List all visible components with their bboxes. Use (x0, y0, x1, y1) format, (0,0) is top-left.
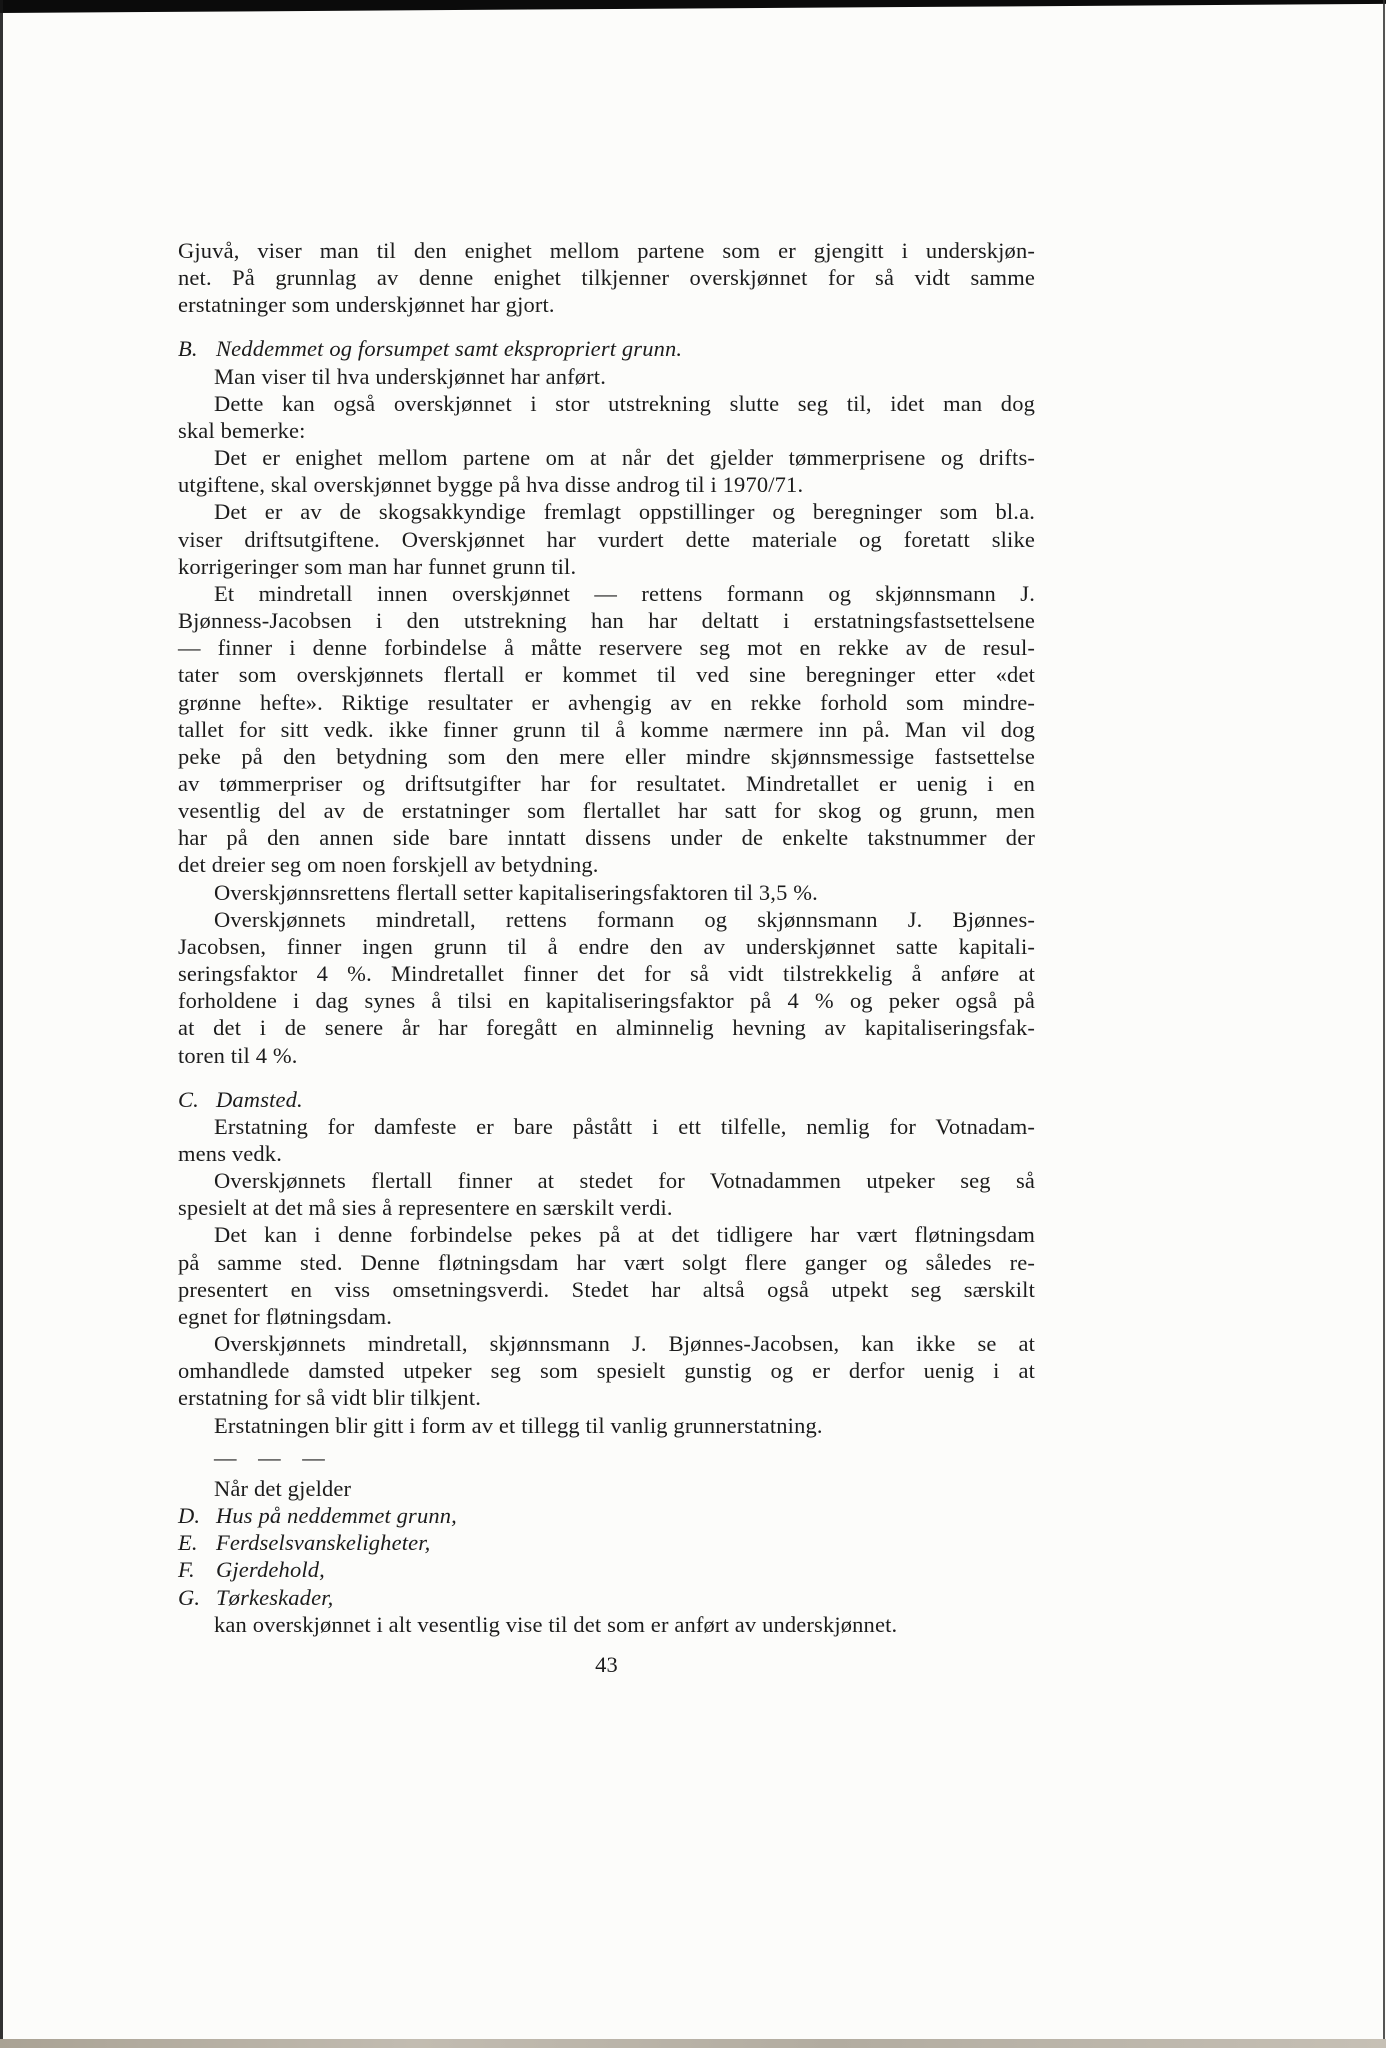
text-line: Overskjønnets mindretall, skjønnsmann J.… (178, 1330, 1035, 1357)
text-line: av tømmerpriser og driftsutgifter har fo… (178, 770, 1035, 797)
text-line: Erstatningen blir gitt i form av et till… (178, 1412, 1035, 1439)
list-item-f: F.Gjerdehold, (178, 1556, 1035, 1583)
heading-text: Neddemmet og forsumpet samt ekspropriert… (216, 336, 682, 361)
text-line: det dreier seg om noen forskjell av bety… (178, 851, 1035, 878)
paragraph: Dette kan også overskjønnet i stor utstr… (178, 390, 1035, 444)
intro-continuation-paragraph: Gjuvå, viser man til den enighet mellom … (178, 237, 1035, 318)
text-line: Man viser til hva underskjønnet har anfø… (178, 363, 1035, 390)
list-item-text: Tørkeskader, (216, 1585, 333, 1610)
text-line: har på den annen side bare inntatt disse… (178, 824, 1035, 851)
paragraph: Overskjønnets flertall finner at stedet … (178, 1167, 1035, 1221)
text-line: grønne hefte». Riktige resultater er avh… (178, 689, 1035, 716)
text-line: Det kan i denne forbindelse pekes på at … (178, 1221, 1035, 1248)
text-line: — finner i denne forbindelse å måtte res… (178, 634, 1035, 661)
text-line: Overskjønnets flertall finner at stedet … (178, 1167, 1035, 1194)
text-line: skal bemerke: (178, 417, 1035, 444)
heading-label: B. (178, 335, 216, 362)
paragraph: Erstatningen blir gitt i form av et till… (178, 1412, 1035, 1439)
text-line: Det er av de skogsakkyndige fremlagt opp… (178, 498, 1035, 525)
text-line: Det er enighet mellom partene om at når … (178, 444, 1035, 471)
text-line: seringsfaktor 4 %. Mindretallet finner d… (178, 960, 1035, 987)
list-item-text: Hus på neddemmet grunn, (216, 1503, 457, 1528)
paragraph: Man viser til hva underskjønnet har anfø… (178, 363, 1035, 390)
list-item-label: G. (178, 1584, 216, 1611)
text-line: Erstatning for damfeste er bare påstått … (178, 1113, 1035, 1140)
paragraph: Et mindretall innen overskjønnet — rette… (178, 580, 1035, 879)
dash-separator: — — — (178, 1444, 1035, 1471)
list-item-text: Ferdselsvanskeligheter, (216, 1530, 430, 1555)
text-line: på samme sted. Denne fløtningsdam har væ… (178, 1249, 1035, 1276)
paragraph: Overskjønnets mindretall, skjønnsmann J.… (178, 1330, 1035, 1411)
heading-text: Damsted. (216, 1087, 303, 1112)
text-line: viser driftsutgiftene. Overskjønnet har … (178, 526, 1035, 553)
section-heading-b: B.Neddemmet og forsumpet samt eksproprie… (178, 335, 1035, 362)
list-item-text: Gjerdehold, (216, 1557, 325, 1582)
text-line: omhandlede damsted utpeker seg som spesi… (178, 1357, 1035, 1384)
list-item-label: F. (178, 1556, 216, 1583)
text-line: Dette kan også overskjønnet i stor utstr… (178, 390, 1035, 417)
list-item-e: E.Ferdselsvanskeligheter, (178, 1529, 1035, 1556)
text-line: Bjønness-Jacobsen i den utstrekning han … (178, 607, 1035, 634)
paragraph: Overskjønnsrettens flertall setter kapit… (178, 879, 1035, 906)
text-block: Gjuvå, viser man til den enighet mellom … (178, 237, 1035, 1678)
scan-edge-right (1383, 0, 1385, 2048)
paragraph: Det kan i denne forbindelse pekes på at … (178, 1221, 1035, 1330)
paragraph: Erstatning for damfeste er bare påstått … (178, 1113, 1035, 1167)
heading-label: C. (178, 1086, 216, 1113)
text-line: peke på den betydning som den mere eller… (178, 743, 1035, 770)
text-line: egnet for fløtningsdam. (178, 1303, 1035, 1330)
text-line: vesentlig del av de erstatninger som fle… (178, 797, 1035, 824)
paragraph: Når det gjelder (178, 1475, 1035, 1502)
paragraph: Det er enighet mellom partene om at når … (178, 444, 1035, 498)
text-line: forholdene i dag synes å tilsi en kapita… (178, 987, 1035, 1014)
list-item-d: D.Hus på neddemmet grunn, (178, 1502, 1035, 1529)
list-item-g: G.Tørkeskader, (178, 1584, 1035, 1611)
text-line: tater som overskjønnets flertall er komm… (178, 661, 1035, 688)
scan-edge-bottom (0, 2039, 1386, 2048)
list-item-label: E. (178, 1529, 216, 1556)
scan-edge-top (0, 0, 1386, 13)
text-line: tallet for sitt vedk. ikke finner grunn … (178, 716, 1035, 743)
text-line: Overskjønnets mindretall, rettens forman… (178, 906, 1035, 933)
text-line: erstatninger som underskjønnet har gjort… (178, 291, 1035, 318)
section-heading-c: C.Damsted. (178, 1086, 1035, 1113)
scan-edge-left (0, 0, 3, 2048)
text-line: at det i de senere år har foregått en al… (178, 1014, 1035, 1041)
text-line: Gjuvå, viser man til den enighet mellom … (178, 237, 1035, 264)
text-line: erstatning for så vidt blir tilkjent. (178, 1384, 1035, 1411)
text-line: Overskjønnsrettens flertall setter kapit… (178, 879, 1035, 906)
text-line: Et mindretall innen overskjønnet — rette… (178, 580, 1035, 607)
text-line: presentert en viss omsetningsverdi. Sted… (178, 1276, 1035, 1303)
paragraph: Overskjønnets mindretall, rettens forman… (178, 906, 1035, 1069)
list-item-label: D. (178, 1502, 216, 1529)
text-line: mens vedk. (178, 1140, 1035, 1167)
paragraph: Det er av de skogsakkyndige fremlagt opp… (178, 498, 1035, 579)
text-line: Når det gjelder (178, 1475, 1035, 1502)
text-line: kan overskjønnet i alt vesentlig vise ti… (178, 1611, 1035, 1638)
page-number: 43 (178, 1651, 1035, 1678)
text-line: Jacobsen, finner ingen grunn til å endre… (178, 933, 1035, 960)
text-line: net. På grunnlag av denne enighet tilkje… (178, 264, 1035, 291)
text-line: toren til 4 %. (178, 1042, 1035, 1069)
text-line: korrigeringer som man har funnet grunn t… (178, 553, 1035, 580)
closing-paragraph: kan overskjønnet i alt vesentlig vise ti… (178, 1611, 1035, 1638)
text-line: spesielt at det må sies å representere e… (178, 1194, 1035, 1221)
text-line: utgiftene, skal overskjønnet bygge på hv… (178, 471, 1035, 498)
